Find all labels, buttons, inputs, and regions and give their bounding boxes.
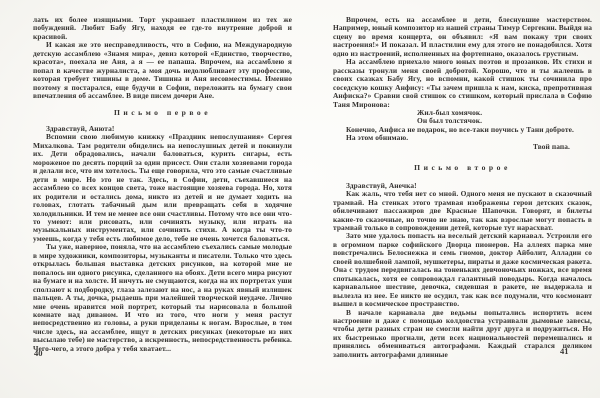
scanned-book-spread: лать их более изящными. Торт украшает пл… [0, 0, 600, 398]
letter-one-paragraph: На ассамблею приехало много юных поэтов … [333, 58, 592, 109]
book-page-left: лать их более изящными. Торт украшает пл… [33, 16, 292, 353]
letter-one-heading: Письмо первое [33, 109, 292, 117]
letter-one-paragraph: Впрочем, есть на ассамблее и дети, блесн… [333, 16, 592, 58]
book-page-right: Впрочем, есть на ассамблее и дети, блесн… [333, 16, 592, 359]
page-number-left: 40 [34, 348, 43, 358]
page-number-right: 41 [560, 346, 569, 356]
paragraph-continuation: лать их более изящными. Торт украшает пл… [33, 16, 292, 41]
verse-quote: Жил-был хомячок. Он был толстячок. [417, 109, 592, 126]
letter-two-paragraph: Зато мне удалось попасть на веселый детс… [333, 232, 592, 308]
letter-signature: Твой папа. [333, 143, 592, 151]
letter-one-paragraph: Ты уже, наверное, поняла, что на ассамбл… [33, 243, 292, 353]
letter-two-paragraph: В начале карнавала две ведьмы попытались… [333, 309, 592, 360]
letter-two-paragraph: Как жаль, что тебя нет со мной. Одного м… [333, 190, 592, 232]
letter-two-heading: Письмо второе [333, 164, 592, 172]
paragraph-preface: И какая же это несправедливость, что в С… [33, 41, 292, 100]
letter-one-paragraph: Вспомни свою любимую книжку «Праздник не… [33, 133, 292, 243]
